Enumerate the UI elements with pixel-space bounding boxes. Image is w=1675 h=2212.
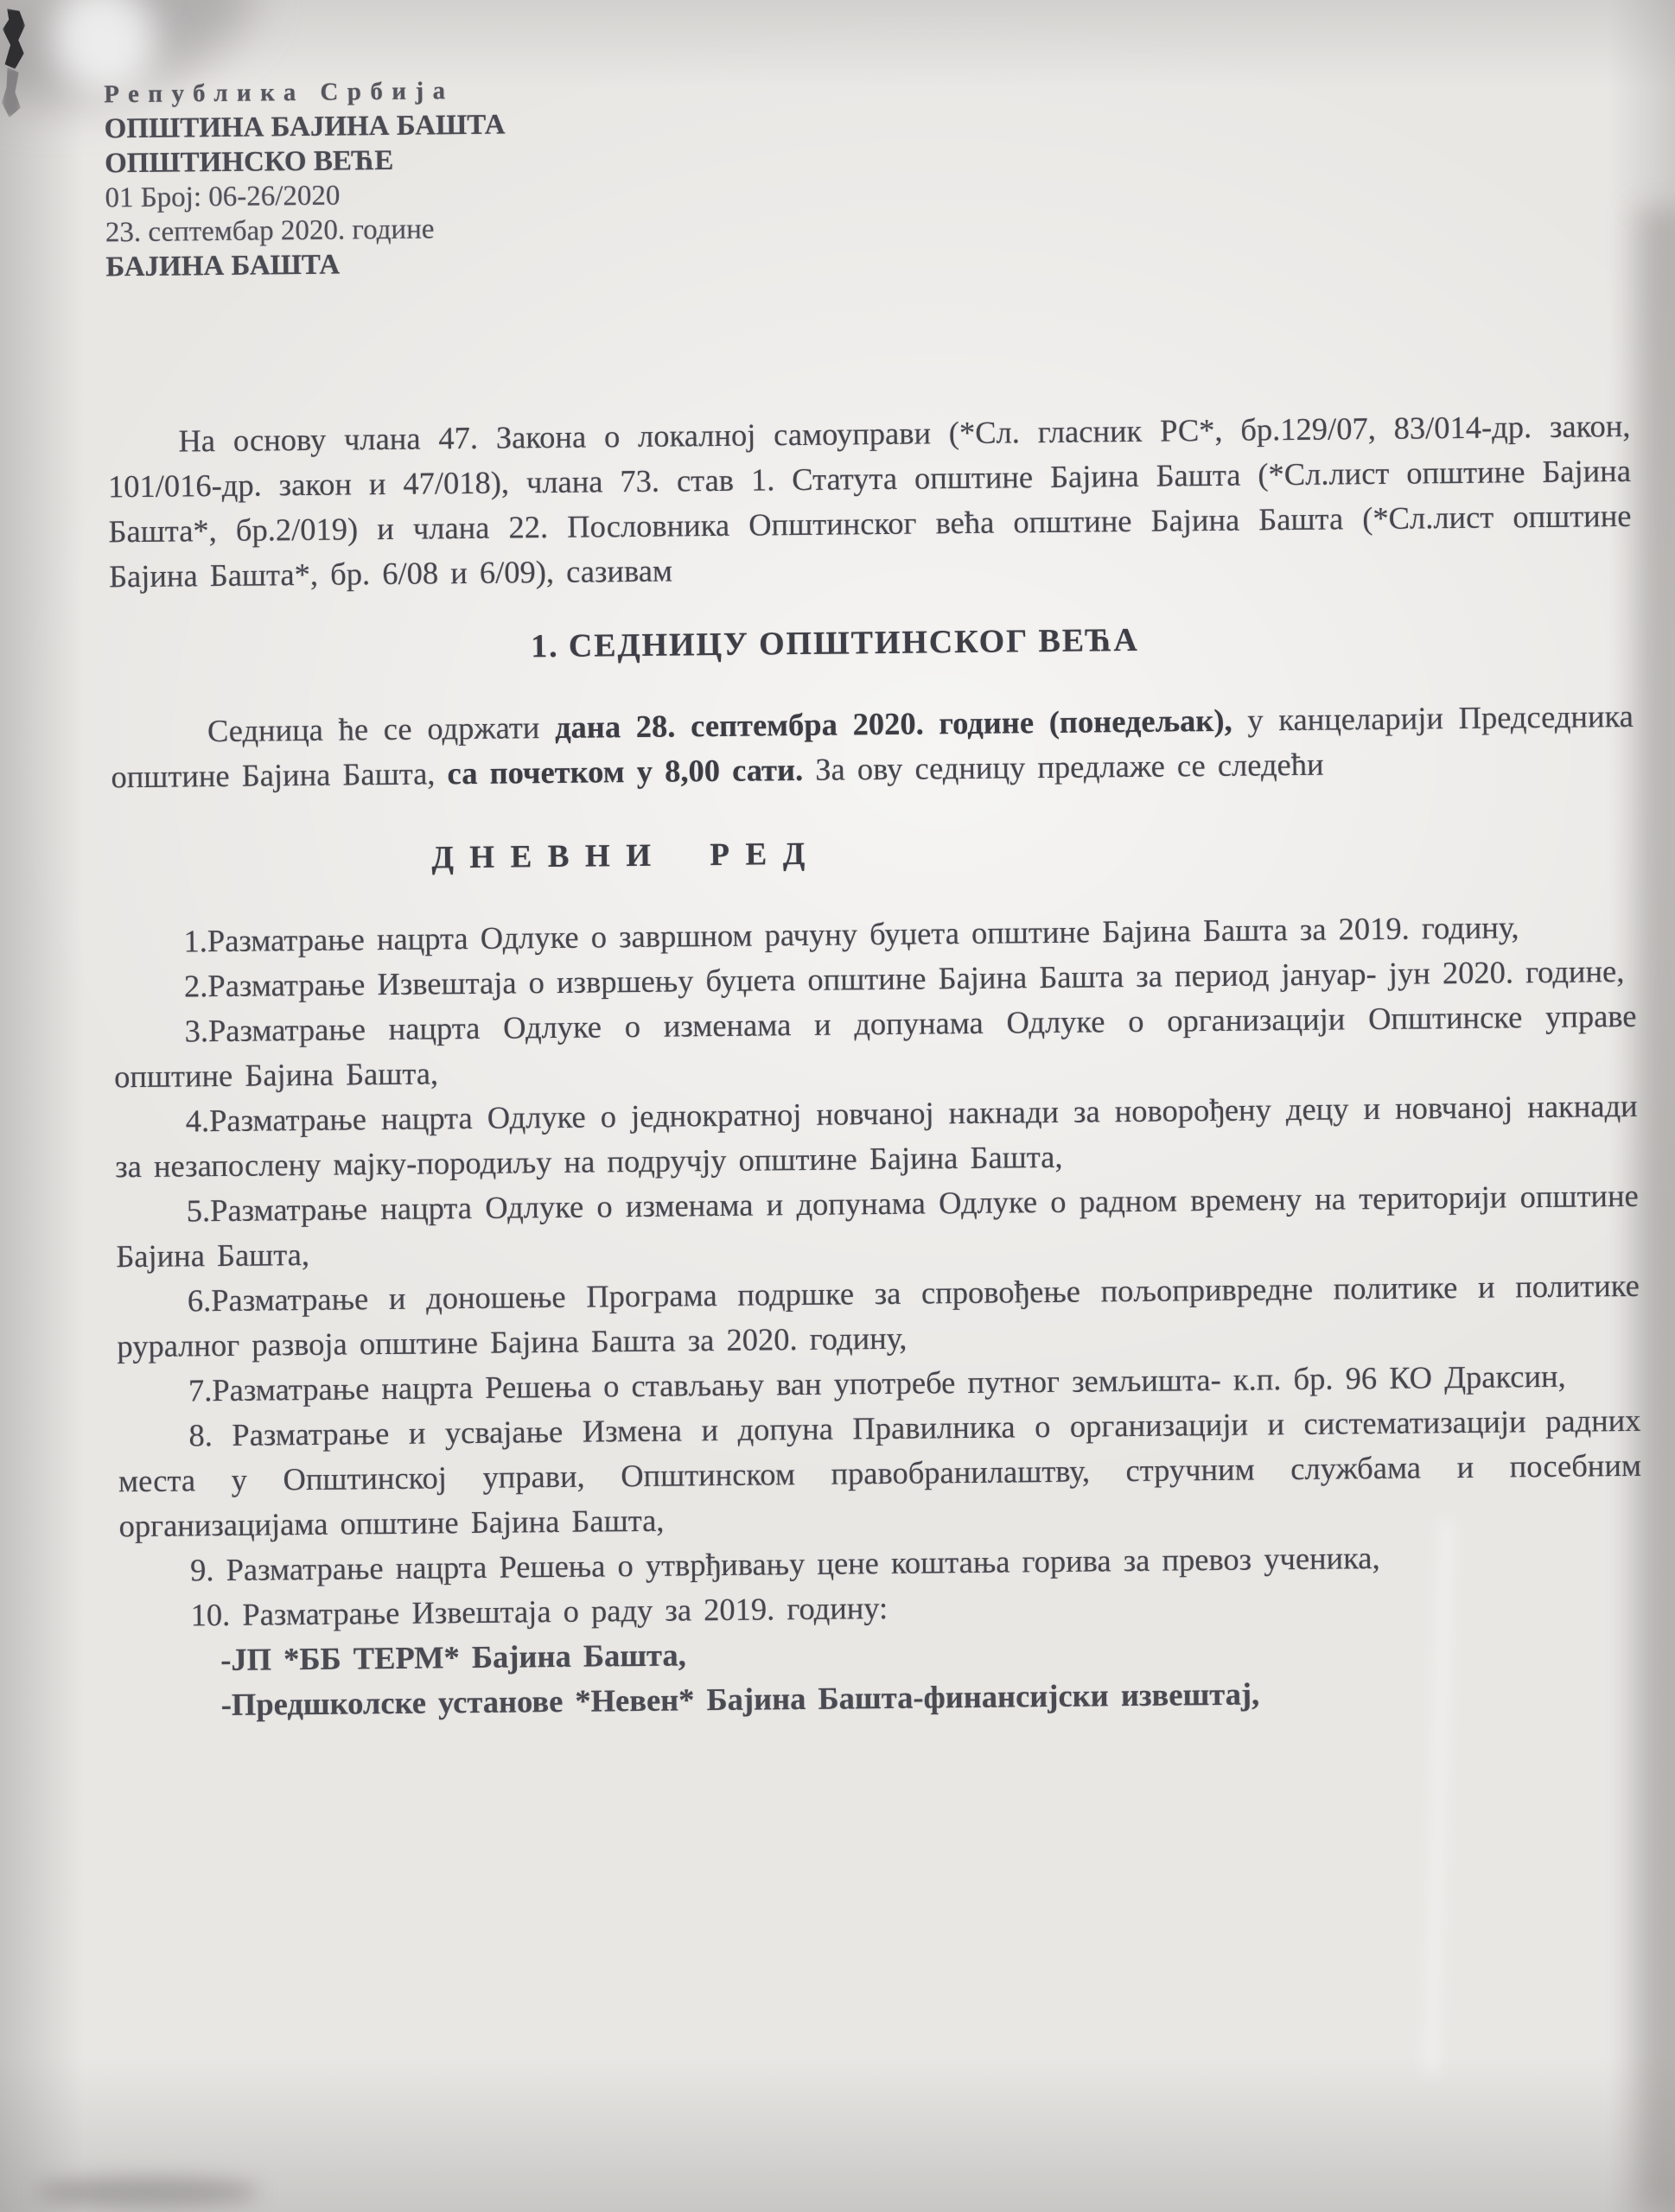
session-heading: 1. СЕДНИЦУ ОПШТИНСКОГ ВЕЋА	[73, 616, 1596, 670]
session-date-bold: дана 28. септембра 2020. године (понедељ…	[555, 702, 1232, 745]
agenda-item-3: 3.Разматрање нацрта Одлуке о изменама и …	[113, 994, 1637, 1099]
bottom-left-smudge	[35, 2177, 259, 2207]
right-edge-shadow	[1637, 207, 1675, 2212]
agenda-list: 1.Разматрање нацрта Одлуке о завршном ра…	[112, 904, 1644, 1728]
agenda-item-5: 5.Разматрање нацрта Одлуке о изменама и …	[116, 1173, 1640, 1279]
session-text-3: За ову седницу предлаже се следећи	[803, 747, 1324, 787]
letterhead: Република Србија ОПШТИНА БАЈИНА БАШТА ОП…	[104, 61, 1628, 284]
agenda-item-6: 6.Разматрање и доношење Програма подршке…	[117, 1263, 1640, 1369]
session-time-bold: са почетком у 8,00 сати.	[447, 752, 803, 791]
scanned-document-page: Република Србија ОПШТИНА БАЈИНА БАШТА ОП…	[0, 0, 1675, 2212]
agenda-heading: ДНЕВНИ РЕД	[0, 829, 1388, 882]
session-details-paragraph: Седница ће се одржати дана 28. септембра…	[111, 694, 1634, 799]
agenda-item-4: 4.Разматрање нацрта Одлуке о једнократно…	[114, 1084, 1638, 1189]
agenda-item-8: 8. Разматрање и усвајање Измена и допуна…	[118, 1398, 1642, 1548]
session-text-1: Седница ће се одржати	[207, 709, 556, 748]
document-content: Република Србија ОПШТИНА БАЈИНА БАШТА ОП…	[104, 61, 1644, 1728]
legal-basis-paragraph: На основу члана 47. Закона о локалној са…	[107, 404, 1632, 599]
